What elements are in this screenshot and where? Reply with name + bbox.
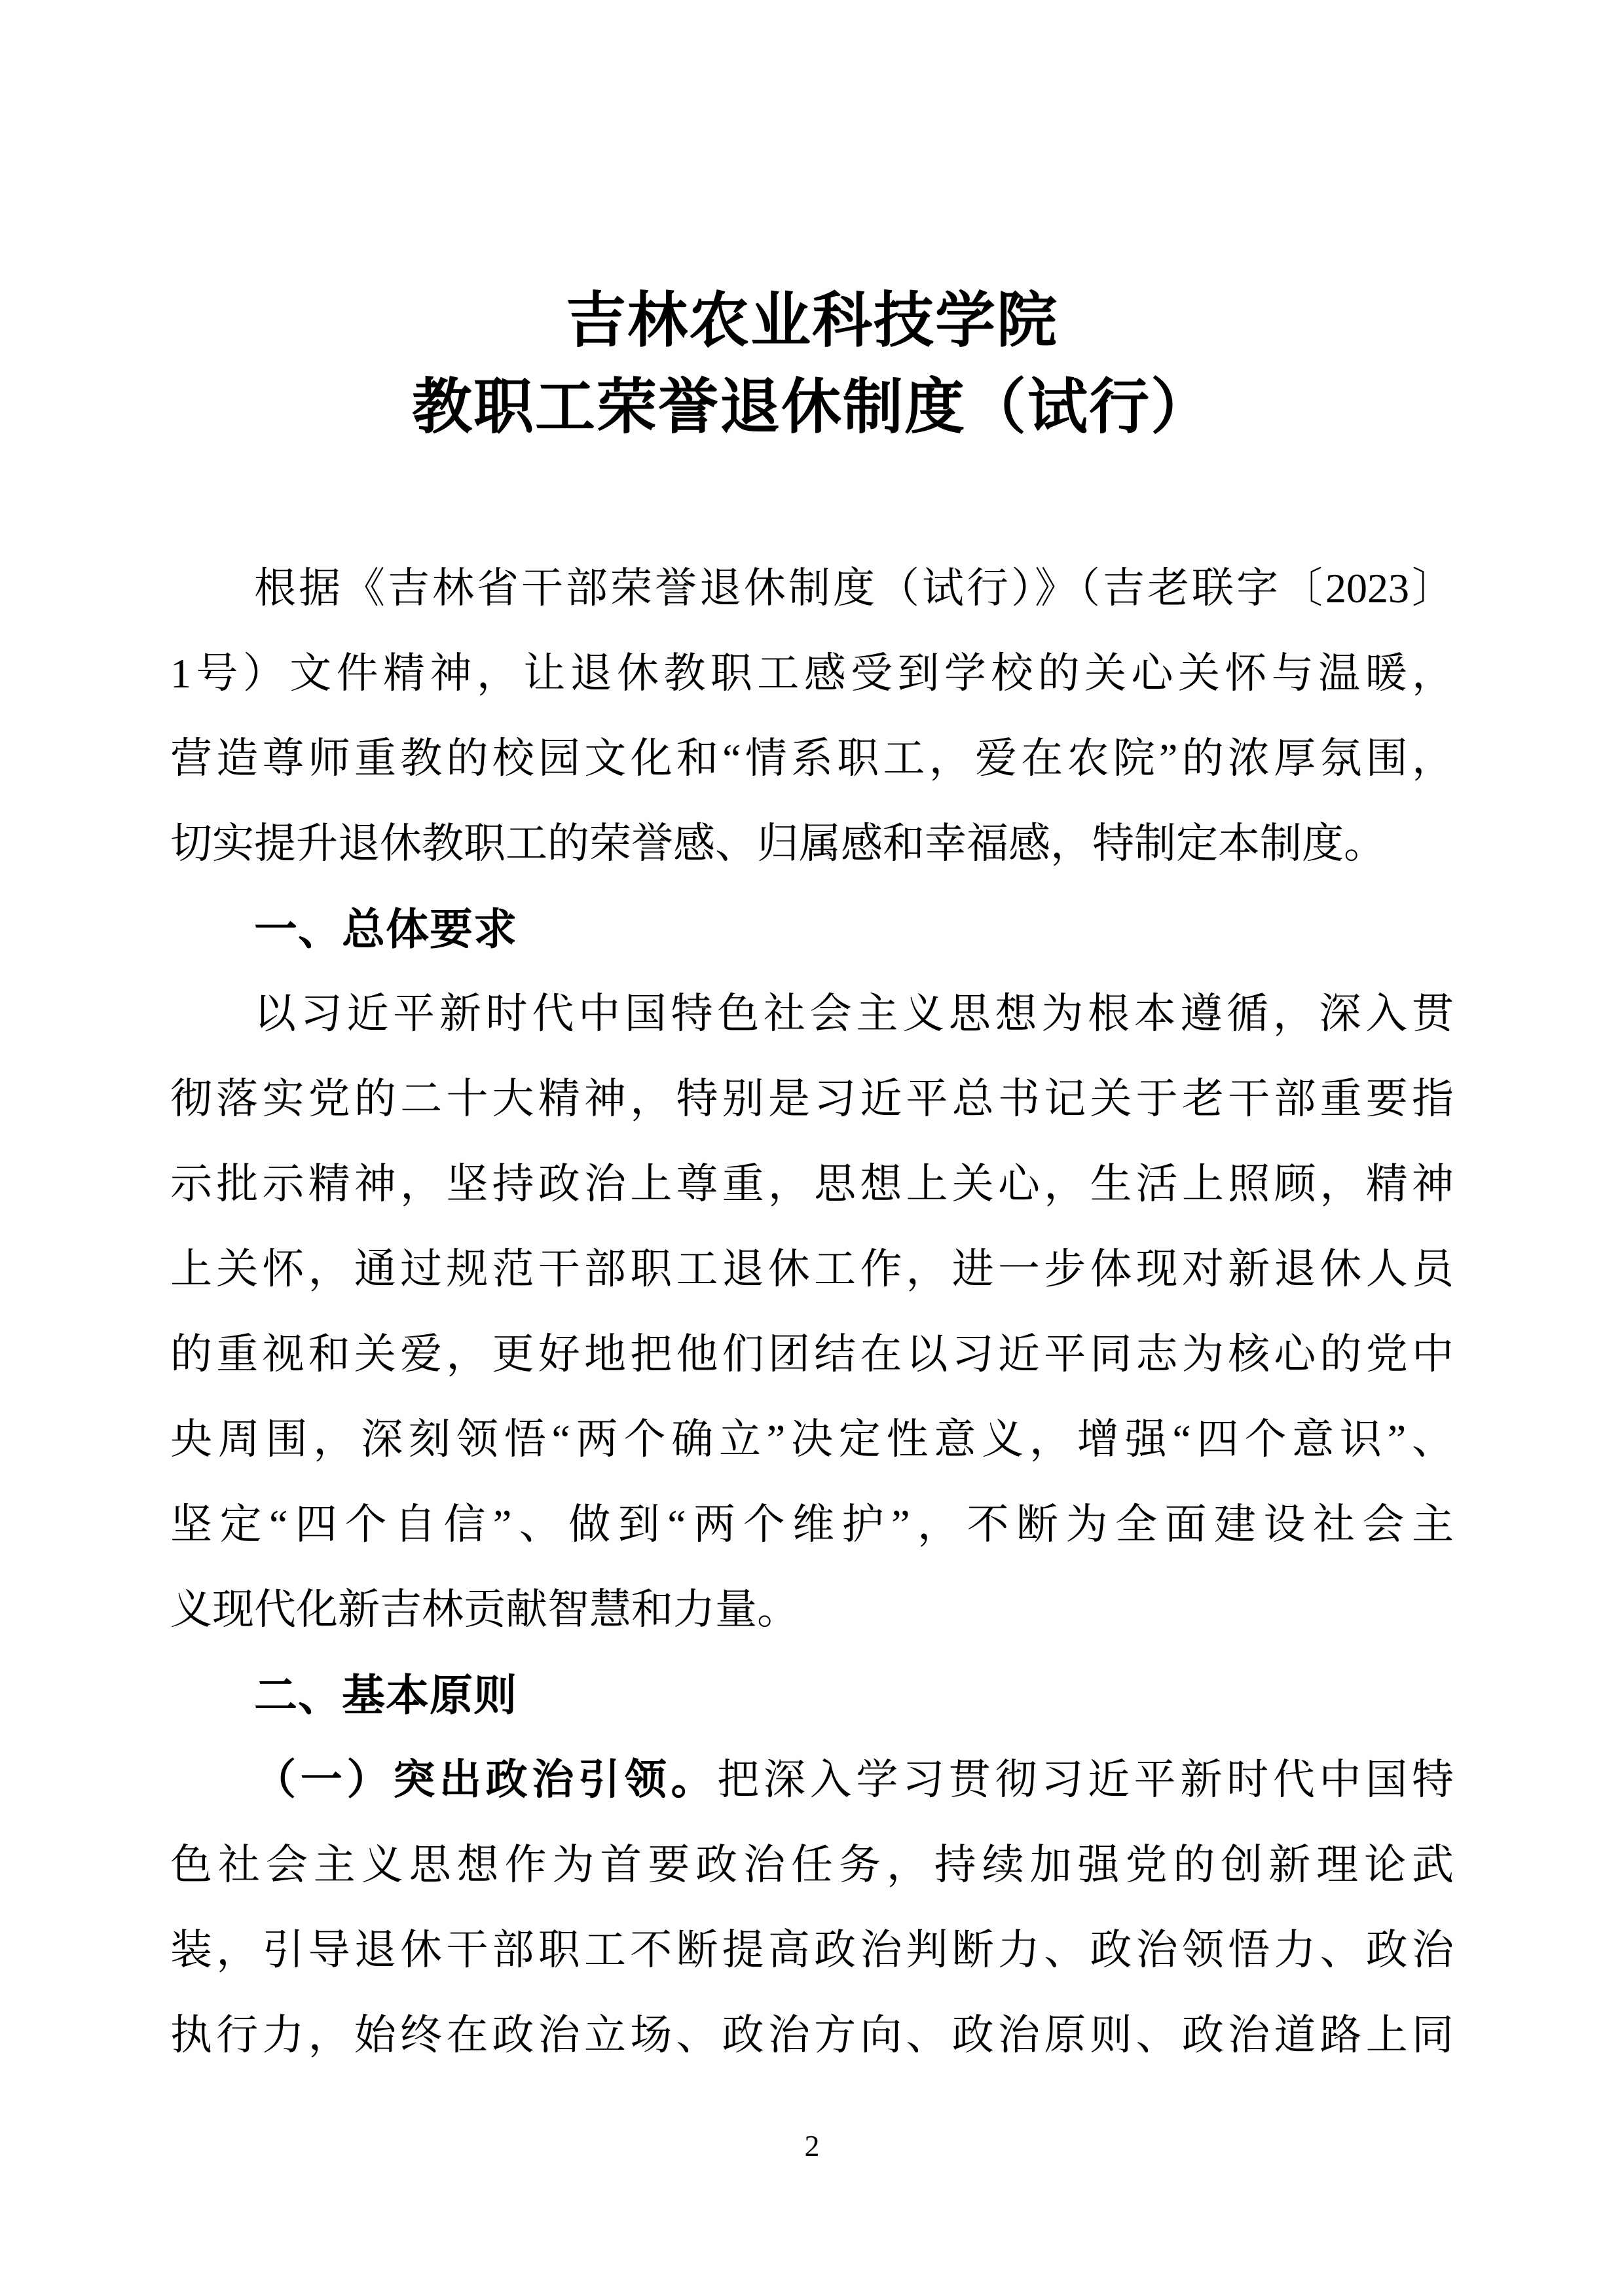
text-line: 的重视和关爱，更好地把他们团结在以习近平同志为核心的党中: [170, 1312, 1454, 1397]
text-line: 营造尊师重教的校园文化和“情系职工，爱在农院”的浓厚氛围，: [170, 716, 1454, 801]
document-body: 根据《吉林省干部荣誉退休制度（试行）》（吉老联字〔2023〕1号）文件精神，让退…: [170, 546, 1454, 2078]
text-line: （一）突出政治引领。把深入学习贯彻习近平新时代中国特: [170, 1738, 1454, 1823]
text-line: 色社会主义思想作为首要政治任务，持续加强党的创新理论武: [170, 1823, 1454, 1908]
text-line: 义现代化新吉林贡献智慧和力量。: [170, 1567, 1454, 1652]
title-line-2: 教职工荣誉退休制度（试行）: [170, 364, 1454, 450]
text-line: 装，引导退休干部职工不断提高政治判断力、政治领悟力、政治: [170, 1908, 1454, 1993]
page-number: 2: [0, 2126, 1624, 2166]
text-line: 切实提升退休教职工的荣誉感、归属感和幸福感，特制定本制度。: [170, 801, 1454, 886]
section-heading: 二、基本原则: [170, 1652, 1454, 1738]
text-line: 以习近平新时代中国特色社会主义思想为根本遵循，深入贯: [170, 972, 1454, 1057]
document-page: 吉林农业科技学院 教职工荣誉退休制度（试行） 根据《吉林省干部荣誉退休制度（试行…: [0, 0, 1624, 2296]
document-title: 吉林农业科技学院 教职工荣誉退休制度（试行）: [170, 278, 1454, 450]
title-line-1: 吉林农业科技学院: [170, 278, 1454, 364]
paragraph: 根据《吉林省干部荣誉退休制度（试行）》（吉老联字〔2023〕1号）文件精神，让退…: [170, 546, 1454, 886]
text-line: 示批示精神，坚持政治上尊重，思想上关心，生活上照顾，精神: [170, 1142, 1454, 1227]
heading-line: 一、总体要求: [170, 886, 1454, 972]
heading-line: 二、基本原则: [170, 1652, 1454, 1738]
page-content: 吉林农业科技学院 教职工荣誉退休制度（试行） 根据《吉林省干部荣誉退休制度（试行…: [170, 0, 1454, 2078]
text-line: 彻落实党的二十大精神，特别是习近平总书记关于老干部重要指: [170, 1057, 1454, 1142]
text-line: 1号）文件精神，让退休教职工感受到学校的关心关怀与温暖，: [170, 631, 1454, 716]
paragraph: （一）突出政治引领。把深入学习贯彻习近平新时代中国特色社会主义思想作为首要政治任…: [170, 1738, 1454, 2078]
text-line: 根据《吉林省干部荣誉退休制度（试行）》（吉老联字〔2023〕: [170, 546, 1454, 631]
section-heading: 一、总体要求: [170, 886, 1454, 972]
text-line: 执行力，始终在政治立场、政治方向、政治原则、政治道路上同: [170, 1993, 1454, 2078]
text-line: 上关怀，通过规范干部职工退休工作，进一步体现对新退休人员: [170, 1227, 1454, 1312]
text-line: 坚定“四个自信”、做到“两个维护”，不断为全面建设社会主: [170, 1482, 1454, 1567]
paragraph: 以习近平新时代中国特色社会主义思想为根本遵循，深入贯彻落实党的二十大精神，特别是…: [170, 972, 1454, 1652]
bold-lead-text: （一）突出政治引领。: [254, 1757, 717, 1803]
text-segment: 把深入学习贯彻习近平新时代中国特: [717, 1757, 1454, 1803]
text-line: 央周围，深刻领悟“两个确立”决定性意义，增强“四个意识”、: [170, 1397, 1454, 1482]
